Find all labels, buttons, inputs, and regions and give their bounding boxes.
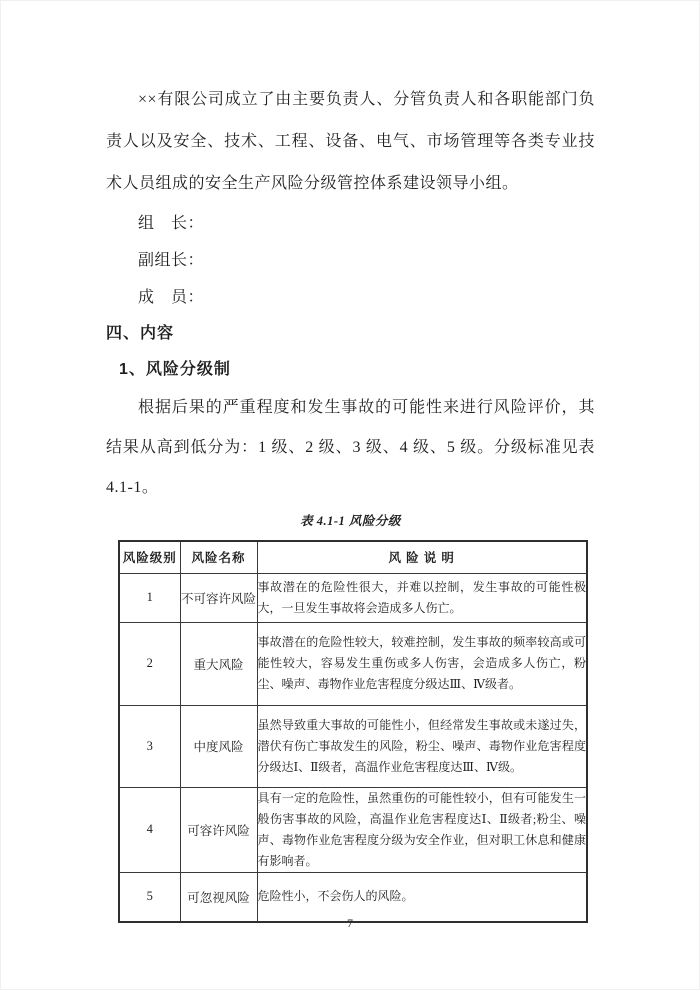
- risk-paragraph: 根据后果的严重程度和发生事故的可能性来进行风险评价，其结果从高到低分为：1 级、…: [106, 388, 595, 508]
- risk-level-cell: 3: [119, 705, 180, 787]
- table-row: 1 不可容许风险 事故潜在的危险性很大，并难以控制，发生事故的可能性极大，一旦发…: [119, 573, 587, 622]
- risk-desc-cell: 事故潜在的危险性很大，并难以控制，发生事故的可能性极大，一旦发生事故将会造成多人…: [257, 573, 587, 622]
- risk-desc-cell: 虽然导致重大事故的可能性小，但经常发生事故或未遂过失，潜伏有伤亡事故发生的风险，…: [257, 705, 587, 787]
- page-number: 7: [1, 914, 699, 932]
- risk-table: 风险级别 风险名称 风 险 说 明 1 不可容许风险 事故潜在的危险性很大，并难…: [118, 540, 588, 923]
- sub-heading: 1、风险分级制: [106, 352, 595, 388]
- document-page: ××有限公司成立了由主要负责人、分管负责人和各职能部门负责人以及安全、技术、工程…: [0, 0, 700, 990]
- table-header-row: 风险级别 风险名称 风 险 说 明: [119, 541, 587, 573]
- role-line-deputy-leader: 副组长：: [106, 242, 595, 279]
- risk-name-cell: 不可容许风险: [180, 573, 257, 622]
- risk-name-cell: 可容许风险: [180, 787, 257, 872]
- table-row: 3 中度风险 虽然导致重大事故的可能性小，但经常发生事故或未遂过失，潜伏有伤亡事…: [119, 705, 587, 787]
- risk-level-cell: 4: [119, 787, 180, 872]
- table-header-desc: 风 险 说 明: [257, 541, 587, 573]
- table-row: 4 可容许风险 具有一定的危险性，虽然重伤的可能性较小，但有可能发生一般伤害事故…: [119, 787, 587, 872]
- risk-name-cell: 重大风险: [180, 622, 257, 705]
- risk-name-cell: 中度风险: [180, 705, 257, 787]
- section-heading: 四、内容: [106, 316, 595, 352]
- risk-desc-cell: 具有一定的危险性，虽然重伤的可能性较小，但有可能发生一般伤害事故的风险，高温作业…: [257, 787, 587, 872]
- table-caption: 表 4.1-1 风险分级: [106, 512, 595, 530]
- table-header-name: 风险名称: [180, 541, 257, 573]
- role-line-members: 成 员：: [106, 279, 595, 316]
- role-line-leader: 组 长：: [106, 205, 595, 242]
- risk-level-cell: 1: [119, 573, 180, 622]
- risk-desc-cell: 事故潜在的危险性较大，较难控制，发生事故的频率较高或可能性较大，容易发生重伤或多…: [257, 622, 587, 705]
- table-header-level: 风险级别: [119, 541, 180, 573]
- risk-level-cell: 2: [119, 622, 180, 705]
- table-row: 2 重大风险 事故潜在的危险性较大，较难控制，发生事故的频率较高或可能性较大，容…: [119, 622, 587, 705]
- intro-paragraph: ××有限公司成立了由主要负责人、分管负责人和各职能部门负责人以及安全、技术、工程…: [106, 79, 595, 205]
